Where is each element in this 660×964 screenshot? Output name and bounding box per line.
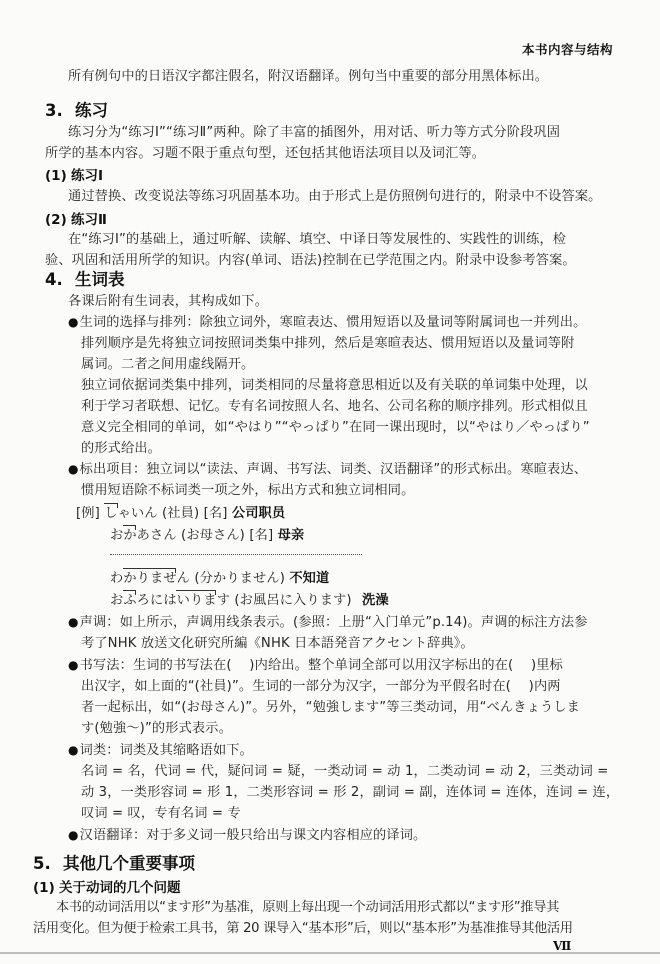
accent-line bbox=[123, 590, 136, 595]
bullet-icon: ● bbox=[68, 658, 79, 672]
bullet-icon: ● bbox=[68, 828, 79, 842]
writing: (分かりません) bbox=[194, 571, 285, 586]
paragraph-line: 各课后附有生词表，其构成如下。 bbox=[68, 291, 268, 312]
reading: しゃいん bbox=[104, 503, 157, 524]
translation: 母亲 bbox=[278, 528, 305, 543]
section-title: 练习 bbox=[75, 101, 108, 120]
section-4-heading: 4.生词表 bbox=[45, 266, 125, 290]
section-3-heading: 3.练习 bbox=[45, 97, 108, 121]
paragraph-line: 考了NHK 放送文化研究所編《NHK 日本語発音アクセント辞典》。 bbox=[81, 633, 474, 654]
part-of-speech: [名] bbox=[249, 528, 273, 543]
paragraph-line: 通过替换、改变说法等练习巩固基本功。由于形式上是仿照例句进行的，附录中不设答案。 bbox=[68, 186, 602, 207]
translation: 洗澡 bbox=[362, 593, 389, 608]
translation: 不知道 bbox=[289, 571, 329, 586]
running-head: 本书内容与结构 bbox=[522, 40, 613, 58]
accent-line bbox=[176, 590, 216, 595]
paragraph-line: 动 3，一类形容词 = 形 1，二类形容词 = 形 2，副词 = 副，连体词 =… bbox=[81, 782, 619, 803]
subsection-heading: (1)关于动词的几个问题 bbox=[33, 876, 181, 896]
paragraph-line: 活用变化。但为便于检索工具书，第 20 课导入“基本形”后，则以“基本形”为基准… bbox=[33, 918, 573, 939]
example-entry: [例] しゃいん (社員) [名] 公司职员 bbox=[76, 503, 285, 524]
paragraph-line: 所学的基本内容。习题不限于重点句型，还包括其他语法项目以及词汇等。 bbox=[45, 143, 485, 164]
reading: おかあさん bbox=[110, 525, 177, 546]
part-of-speech: [名] bbox=[204, 506, 228, 521]
bullet-item-items: ●标出项目：独立词以“读法、声调、书写法、词类、汉语翻译”的形式标出。寒暄表达、 bbox=[68, 459, 587, 480]
bullet-item-selection: ●生词的选择与排列：除独立词外，寒暄表达、惯用短语以及量词等附属词也一并列出。 bbox=[68, 312, 586, 333]
paragraph-line: 名词 = 名，代词 = 代，疑问词 = 疑，一类动词 = 动 1，二类动词 = … bbox=[81, 761, 609, 782]
accent-line bbox=[104, 503, 118, 508]
page-edge-line bbox=[0, 952, 660, 954]
bullet-item-writing: ●书写法：生词的书写法在( )内给出。整个单词全部可以用汉字标出的在( )里标 bbox=[68, 655, 563, 676]
paragraph-line: 独立词依据词类集中排列，词类相同的尽量将意思相近以及有关联的单词集中处理，以 bbox=[81, 375, 588, 396]
paragraph-line: 验、巩固和活用所学的知识。内容(单词、语法)控制在已学范围之内。附录中设参考答案… bbox=[45, 250, 576, 271]
reading: おふろにはいります bbox=[110, 590, 230, 611]
section-number: 3. bbox=[45, 101, 75, 120]
paragraph-line: 排列顺序是先将独立词按照词类集中排列，然后是寒暄表达、惯用短语以及量词等附 bbox=[81, 333, 574, 354]
subsection-heading: (2)练习Ⅱ bbox=[45, 208, 107, 228]
reading: わかりません bbox=[110, 568, 190, 589]
writing: (お母さん) bbox=[181, 528, 245, 543]
paragraph-line: 惯用短语除不标词类一项之外，标出方式和独立词相同。 bbox=[81, 480, 414, 501]
accent-line bbox=[123, 525, 136, 530]
paragraph-line: 的形式给出。 bbox=[81, 438, 161, 459]
example-label: [例] bbox=[76, 506, 100, 521]
paragraph-line: 叹词 = 叹，专有名词 = 专 bbox=[81, 803, 241, 824]
bullet-item-translation: ●汉语翻译：对于多义词一般只给出与课文内容相应的译词。 bbox=[68, 825, 426, 846]
paragraph-line: 在“练习Ⅰ”的基础上，通过听解、读解、填空、中译日等发展性的、实践性的训练，检 bbox=[68, 229, 566, 250]
intro-line: 所有例句中的日语汉字都注假名，附汉语翻译。例句当中重要的部分用黑体标出。 bbox=[68, 66, 548, 87]
writing: (社員) bbox=[162, 506, 199, 521]
bullet-item-pos: ●词类：词类及其缩略语如下。 bbox=[68, 740, 253, 761]
paragraph-line: 意义完全相同的单词，如“やはり”“やっぱり”在同一课出现时，以“やはり／やっぱり… bbox=[81, 417, 590, 438]
paragraph-line: 属词。二者之间用虚线隔开。 bbox=[81, 354, 254, 375]
textbook-page: 本书内容与结构 所有例句中的日语汉字都注假名，附汉语翻译。例句当中重要的部分用黑… bbox=[0, 0, 660, 964]
bullet-icon: ● bbox=[68, 462, 79, 476]
section-5-heading: 5.其他几个重要事项 bbox=[33, 850, 195, 874]
dotted-divider bbox=[110, 554, 362, 555]
paragraph-line: 出汉字，如上面的“(社員)”。生词的一部分为汉字，一部分为平假名时在( )内两 bbox=[81, 676, 561, 697]
example-entry: おかあさん (お母さん) [名] 母亲 bbox=[110, 525, 304, 546]
bullet-icon: ● bbox=[68, 743, 79, 757]
subsection-heading: (1)练习Ⅰ bbox=[45, 164, 103, 184]
writing: (お風呂に入ります) bbox=[234, 593, 351, 608]
bullet-item-accent: ●声调：如上所示，声调用线条表示。(参照：上册“入门单元”p.14)。声调的标注… bbox=[68, 612, 588, 633]
paragraph-line: 者一起标出，如“(お母さん)”。另外，“勉強します”等三类动词，用“べんきょうし… bbox=[81, 697, 580, 718]
accent-line bbox=[123, 568, 176, 573]
bullet-icon: ● bbox=[68, 315, 79, 329]
translation: 公司职员 bbox=[232, 506, 285, 521]
paragraph-line: 本书的动词活用以“ます形”为基准，原则上每出现一个动词活用形式都以“ます形”推导… bbox=[56, 897, 559, 918]
paragraph-line: 练习分为“练习Ⅰ”“练习Ⅱ”两种。除了丰富的插图外，用对话、听力等方式分阶段巩固 bbox=[68, 122, 560, 143]
example-entry: おふろにはいります (お風呂に入ります) 洗澡 bbox=[110, 590, 389, 611]
bullet-icon: ● bbox=[68, 615, 79, 629]
page-number: Ⅶ bbox=[553, 939, 571, 953]
paragraph-line: 利于学习者联想、记忆。专有名词按照人名、地名、公司名称的顺序排列。形式相似且 bbox=[81, 396, 588, 417]
paragraph-line: す(勉強～)”的形式表示。 bbox=[81, 718, 232, 739]
example-entry: わかりません (分かりません) 不知道 bbox=[110, 568, 329, 589]
